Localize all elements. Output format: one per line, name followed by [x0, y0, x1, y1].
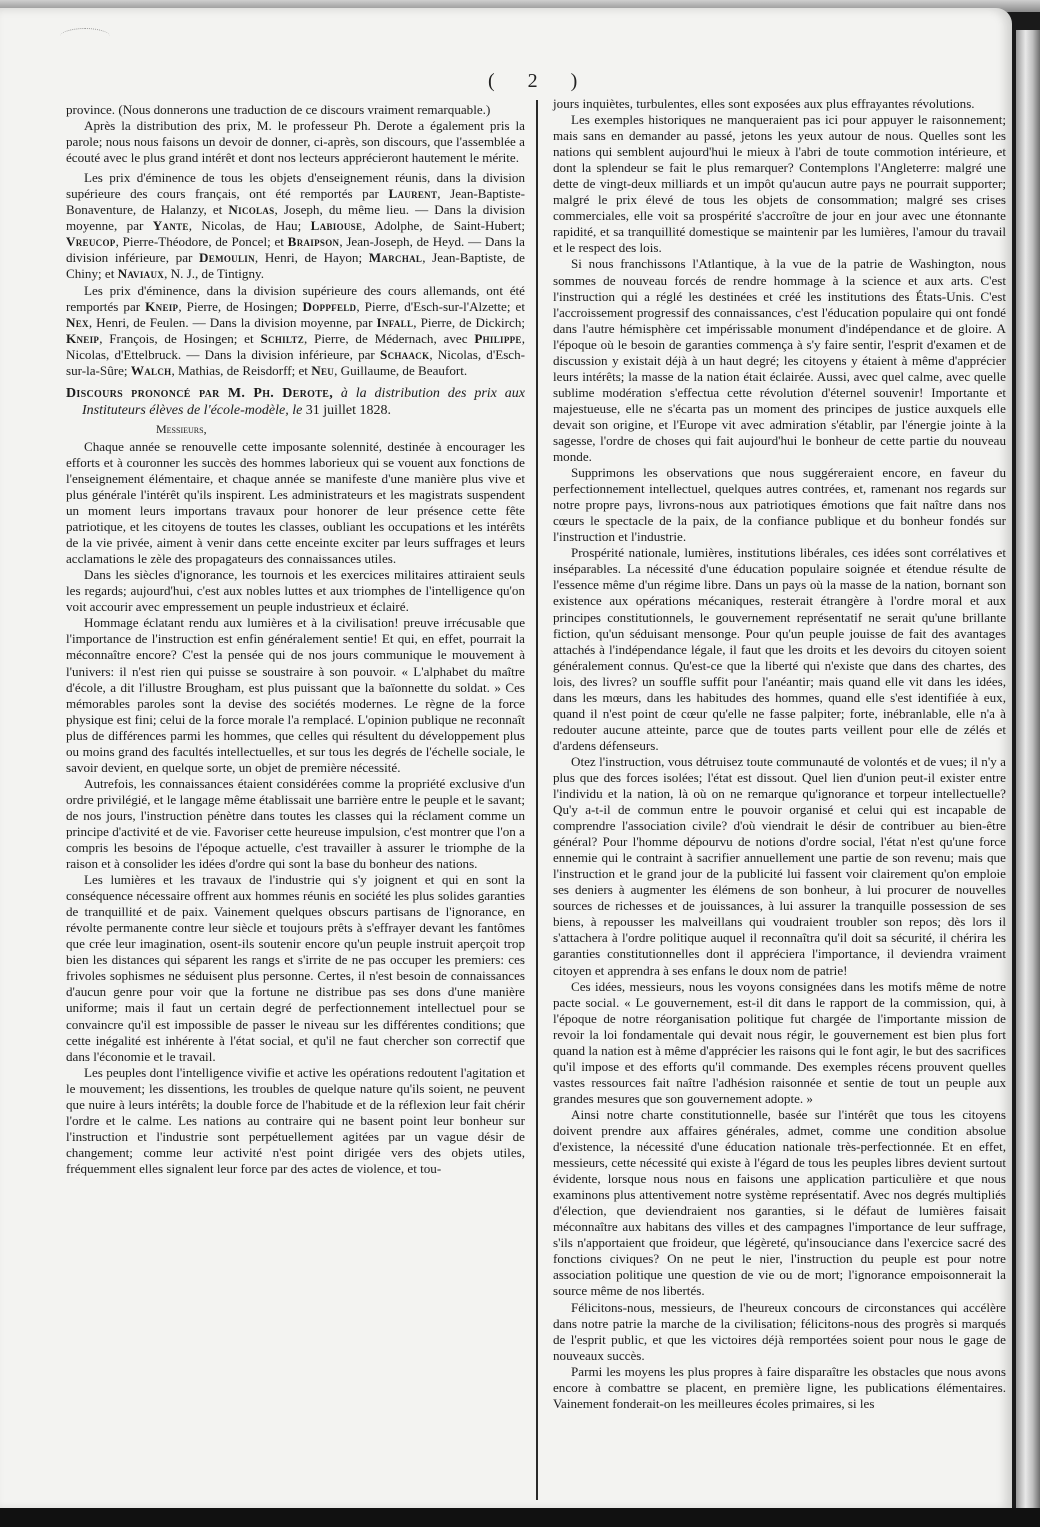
- laureate-name: Philippe: [474, 331, 521, 346]
- paragraph: Les exemples historiques ne manqueraient…: [553, 112, 1006, 256]
- left-column: province. (Nous donnerons une traduction…: [66, 102, 525, 1177]
- paragraph: Félicitons-nous, messieurs, de l'heureux…: [553, 1300, 1006, 1364]
- paragraph: province. (Nous donnerons une traduction…: [66, 102, 525, 118]
- prize-list-german: Les prix d'éminence, dans la division su…: [66, 283, 525, 379]
- laureate-name: Doppfeld: [303, 299, 357, 314]
- paragraph: Autrefois, les connaissances étaient con…: [66, 776, 525, 872]
- laureate-name: Labiouse: [311, 218, 363, 233]
- laureate-name: Walch: [131, 363, 172, 378]
- salutation: Messieurs,: [66, 421, 525, 437]
- library-stamp-mark: [60, 28, 110, 45]
- paragraph: Otez l'instruction, vous détruisez toute…: [553, 754, 1006, 979]
- speech-heading: Discours prononcé par M. Ph. Derote, à l…: [66, 385, 525, 419]
- laureate-name: Nicolas: [228, 202, 274, 217]
- laureate-name: Naviaux: [118, 266, 164, 281]
- paragraph: Hommage éclatant rendu aux lumières et à…: [66, 615, 525, 775]
- paragraph: Après la distribution des prix, M. le pr…: [66, 118, 525, 166]
- paragraph: Ainsi notre charte constitutionnelle, ba…: [553, 1107, 1006, 1300]
- paragraph: Chaque année se renouvelle cette imposan…: [66, 439, 525, 567]
- laureate-name: Infall: [377, 315, 414, 330]
- laureate-name: Schiltz: [260, 331, 304, 346]
- laureate-name: Kneip: [145, 299, 178, 314]
- laureate-name: Vreucop: [66, 234, 116, 249]
- laureate-name: Demoulin: [199, 250, 255, 265]
- paragraph: Supprimons les observations que nous sug…: [553, 465, 1006, 545]
- paragraph: Les lumières et les travaux de l'industr…: [66, 872, 525, 1065]
- laureate-name: Kneip: [66, 331, 99, 346]
- paragraph: Prospérité nationale, lumières, institut…: [553, 545, 1006, 754]
- paragraph: Dans les siècles d'ignorance, les tourno…: [66, 567, 525, 615]
- laureate-name: Nex: [66, 315, 89, 330]
- scanner-bottom-edge: [0, 1508, 1040, 1527]
- paragraph: jours inquiètes, turbulentes, elles sont…: [553, 96, 1006, 112]
- right-column: jours inquiètes, turbulentes, elles sont…: [553, 96, 1006, 1412]
- laureate-name: Yante: [153, 218, 189, 233]
- laureate-name: Braipson: [288, 234, 340, 249]
- paragraph: Si nous franchissons l'Atlantique, à la …: [553, 256, 1006, 465]
- paragraph: Parmi les moyens les plus propres à fair…: [553, 1364, 1006, 1412]
- page-number: ( 2 ): [488, 70, 591, 93]
- laureate-name: Laurent: [388, 186, 437, 201]
- laureate-name: Marchal: [369, 250, 422, 265]
- laureate-name: Schaack: [380, 347, 429, 362]
- laureate-name: Neu: [311, 363, 334, 378]
- paragraph: Ces idées, messieurs, nous les voyons co…: [553, 979, 1006, 1107]
- prize-list-french: Les prix d'éminence de tous les objets d…: [66, 170, 525, 282]
- book-page-edge: [1016, 30, 1040, 1510]
- column-divider: [536, 100, 538, 1500]
- paragraph: Les peuples dont l'intelligence vivifie …: [66, 1065, 525, 1177]
